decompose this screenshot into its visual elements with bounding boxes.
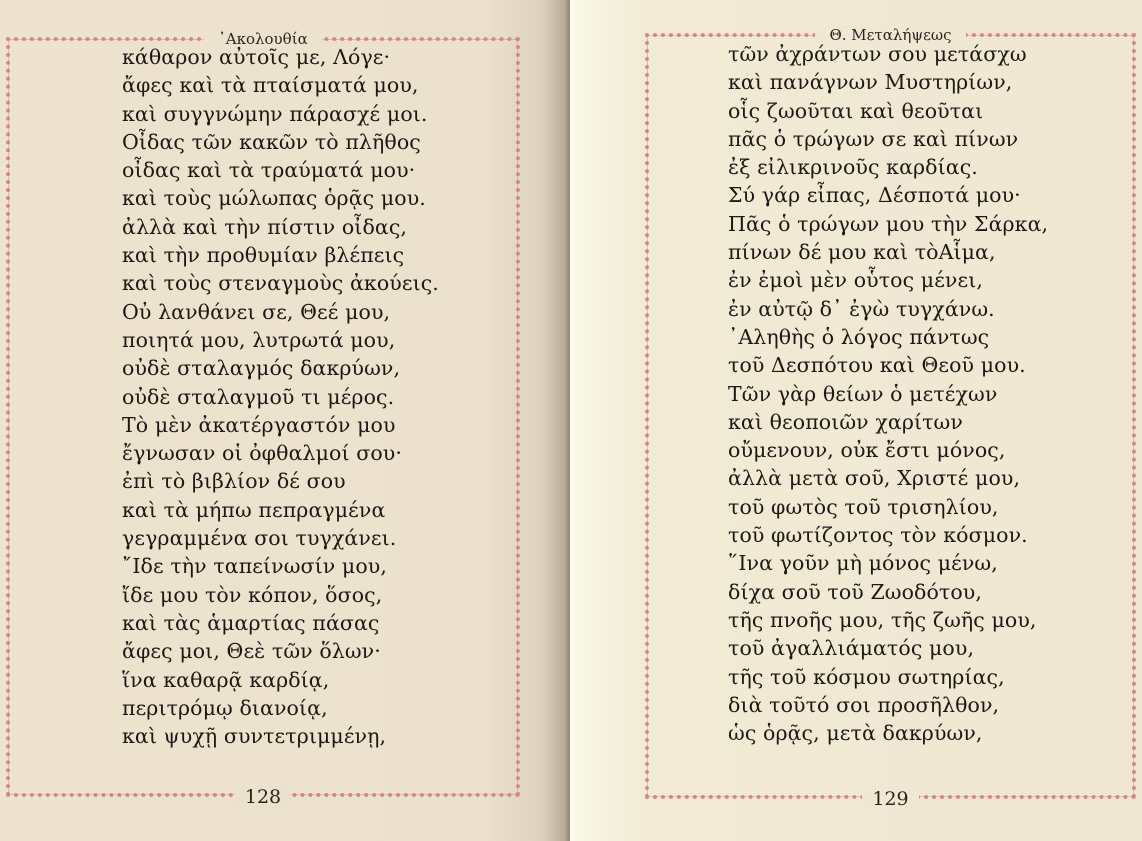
verse-line: οἶδας καὶ τὰ τραύματά μου· [122,156,439,184]
verse-line: καὶ θεοποιῶν χαρίτων [728,408,1048,436]
verse-line: πίνων δέ μου καὶ τὸΑἷμα, [728,238,1048,266]
verse-line: ἔγνωσαν οἱ ὀφθαλμοί σου· [122,439,439,467]
verse-line: καὶ συγγνώμην πάρασχέ μοι. [122,100,439,128]
verse-line: ἵνα καθαρᾷ καρδίᾳ, [122,666,439,694]
verse-line: καὶ τὴν προθυμίαν βλέπεις [122,241,439,269]
verse-line: οὔμενουν, οὐκ ἔστι μόνος, [728,436,1048,464]
verse-line: Οἶδας τῶν κακῶν τὸ πλῆθος [122,128,439,156]
verse-line: Σύ γάρ εἶπας, Δέσποτά μου· [728,181,1048,209]
verse-line: Τὸ μὲν ἀκατέργαστόν μου [122,411,439,439]
verse-line: ἴδε μου τὸν κόπον, ὅσος, [122,581,439,609]
verse-text-left: κάθαρον αὐτοῖς με, Λόγε·ἄφες καὶ τὰ πταί… [122,43,439,750]
verse-line: τῆς τοῦ κόσμου σωτηρίας, [728,663,1048,691]
verse-text-right: τῶν ἀχράντων σου μετάσχωκαὶ πανάγνων Μυσ… [728,40,1048,747]
verse-line: τοῦ Δεσπότου καὶ Θεοῦ μου. [728,351,1048,379]
verse-line: τοῦ ἀγαλλιάματός μου, [728,634,1048,662]
verse-line: Τῶν γὰρ θείων ὁ μετέχων [728,380,1048,408]
verse-line: ῞Ινα γοῦν μὴ μόνος μένω, [728,549,1048,577]
page-number-left: 128 [10,786,516,808]
left-page: ᾿Ακολουθία 128 κάθαρον αὐτοῖς με, Λόγε·ἄ… [0,0,570,841]
verse-line: ῎Ιδε τὴν ταπείνωσίν μου, [122,552,439,580]
verse-line: κάθαρον αὐτοῖς με, Λόγε· [122,43,439,71]
verse-line: πᾶς ὁ τρώγων σε καὶ πίνων [728,125,1048,153]
verse-line: τοῦ φωτὸς τοῦ τρισηλίου, [728,493,1048,521]
verse-line: ἐξ εἰλικρινοῦς καρδίας. [728,153,1048,181]
verse-line: ποιητά μου, λυτρωτά μου, [122,326,439,354]
verse-line: οἷς ζωοῦται καὶ θεοῦται [728,97,1048,125]
verse-line: ἄφες μοι, Θεὲ τῶν ὅλων· [122,637,439,665]
right-page: Θ. Μεταλήψεως 129 τῶν ἀχράντων σου μετάσ… [570,0,1142,841]
page-number-right: 129 [649,788,1132,810]
verse-line: Οὐ λανθάνει σε, Θεέ μου, [122,298,439,326]
verse-line: τῶν ἀχράντων σου μετάσχω [728,40,1048,68]
verse-line: καὶ τοὺς μώλωπας ὁρᾷς μου. [122,184,439,212]
verse-line: ἀλλὰ μετὰ σοῦ, Χριστέ μου, [728,464,1048,492]
page-number: 129 [862,788,918,810]
verse-line: ἐν αὐτῷ δ᾿ ἐγὼ τυγχάνω. [728,295,1048,323]
verse-line: ᾿Αληθὴς ὁ λόγος πάντως [728,323,1048,351]
verse-line: διὰ τοῦτό σοι προσῆλθον, [728,691,1048,719]
verse-line: ἄφες καὶ τὰ πταίσματά μου, [122,71,439,99]
verse-line: ἐπὶ τὸ βιβλίον δέ σου [122,467,439,495]
verse-line: καὶ πανάγνων Μυστηρίων, [728,68,1048,96]
verse-line: περιτρόμῳ διανοίᾳ, [122,694,439,722]
verse-line: ἐν ἐμοὶ μὲν οὗτος μένει, [728,266,1048,294]
verse-line: ἀλλὰ καὶ τὴν πίστιν οἶδας, [122,213,439,241]
verse-line: καὶ τὰ μήπω πεπραγμένα [122,496,439,524]
verse-line: γεγραμμένα σοι τυγχάνει. [122,524,439,552]
verse-line: οὐδὲ σταλαγμοῦ τι μέρος. [122,383,439,411]
verse-line: οὐδὲ σταλαγμός δακρύων, [122,354,439,382]
verse-line: καὶ τοὺς στεναγμοὺς ἀκούεις. [122,269,439,297]
verse-line: Πᾶς ὁ τρώγων μου τὴν Σάρκα, [728,210,1048,238]
page-number: 128 [235,786,291,808]
verse-line: καὶ ψυχῇ συντετριμμένῃ, [122,722,439,750]
verse-line: τῆς πνοῆς μου, τῆς ζωῆς μου, [728,606,1048,634]
verse-line: καὶ τὰς ἁμαρτίας πάσας [122,609,439,637]
verse-line: δίχα σοῦ τοῦ Ζωοδότου, [728,578,1048,606]
verse-line: ὡς ὁρᾷς, μετὰ δακρύων, [728,719,1048,747]
verse-line: τοῦ φωτίζοντος τὸν κόσμον. [728,521,1048,549]
